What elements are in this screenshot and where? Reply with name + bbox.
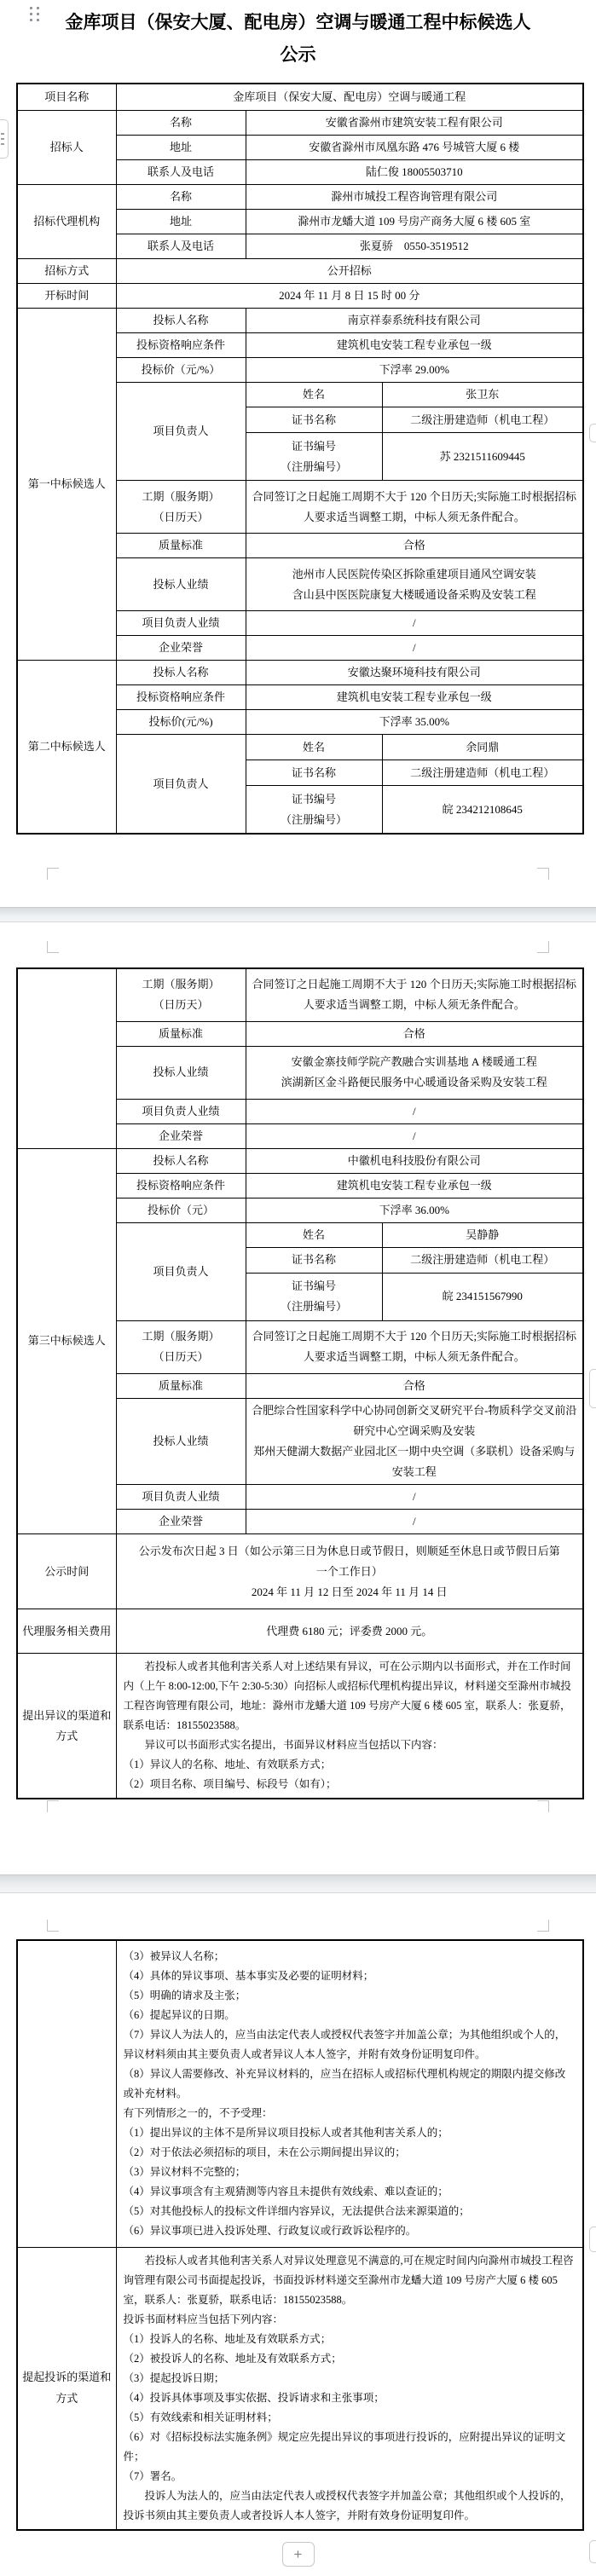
field-label-cell: 证书编号 （注册编号） [246, 1273, 382, 1320]
field-label-cell: 第三中标候选人 [17, 1148, 116, 1534]
page-separator [0, 907, 596, 922]
field-value-cell: 公开招标 [116, 258, 583, 283]
field-value-cell: 安徽省滁州市凤凰东路 476 号城管大厦 6 楼 [246, 135, 583, 159]
field-value-cell: 建筑机电安装工程专业承包一级 [246, 1173, 583, 1198]
table-row: 招标方式公开招标 [17, 258, 583, 283]
field-value-cell: 滁州市城投工程咨询管理有限公司 [246, 184, 583, 209]
field-label-cell: 企业荣誉 [116, 636, 246, 661]
right-edge-float-button[interactable] [589, 2227, 596, 2252]
field-label-cell: 投标人业绩 [116, 558, 246, 611]
field-label-cell: 投标人业绩 [116, 1046, 246, 1099]
table-row: 代理服务相关费用代理费 6180 元；评委费 2000 元。 [17, 1609, 583, 1654]
field-label-cell: 企业荣誉 [116, 1510, 246, 1534]
field-label-cell: 招标代理机构 [17, 184, 116, 258]
title-line-1: 金库项目（保安大厦、配电房）空调与暖通工程中标候选人 [66, 13, 531, 32]
field-label-cell [17, 1940, 116, 2247]
field-label-cell: 提起投诉的渠道和方式 [17, 2247, 116, 2530]
field-label-cell: 招标方式 [17, 258, 116, 283]
field-label-cell: 代理服务相关费用 [17, 1609, 116, 1654]
paragraph-cell: （3）被异议人名称； （4）具体的异议事项、基本事实及必要的证明材料； （5）明… [116, 1940, 583, 2247]
right-edge-float-button[interactable] [589, 424, 596, 442]
announcement-table-page-3: （3）被异议人名称； （4）具体的异议事项、基本事实及必要的证明材料； （5）明… [16, 1939, 584, 2531]
text-boundary-corner-mark [47, 1920, 59, 1932]
field-label-cell: 工期（服务期） （日历天） [116, 968, 246, 1021]
field-label-cell: 企业荣誉 [116, 1123, 246, 1148]
field-value-cell: / [246, 636, 583, 661]
field-value-cell: 合同签订之日起施工周期不大于 120 个日历天;实际施工时根据招标人要求适当调整… [246, 481, 583, 534]
field-value-cell: 南京祥泰系统科技有限公司 [246, 308, 583, 332]
text-boundary-corner-mark [537, 1800, 549, 1812]
field-value-cell: / [246, 1485, 583, 1510]
field-label-cell: 投标资格响应条件 [116, 1173, 246, 1198]
field-label-cell: 证书名称 [246, 1247, 382, 1273]
field-value-cell: 余同鼎 [382, 735, 583, 760]
paragraph-cell: 若投标人或者其他利害关系人对上述结果有异议，可在公示期内以书面形式，并在工作时间… [116, 1654, 583, 1799]
field-label-cell [17, 968, 116, 1148]
field-label-cell: 第一中标候选人 [17, 308, 116, 660]
field-label-cell: 证书名称 [246, 407, 382, 433]
field-value-cell: 合肥综合性国家科学中心协同创新交叉研究平台-物质科学交叉前沿研究中心空调采购及安… [246, 1398, 583, 1484]
table-row: 项目名称金库项目（保安大厦、配电房）空调与暖通工程 [17, 84, 583, 110]
field-label-cell: 公示时间 [17, 1534, 116, 1609]
text-boundary-corner-mark [537, 1920, 549, 1932]
field-label-cell: 项目负责人业绩 [116, 1099, 246, 1123]
text-boundary-corner-mark [47, 868, 59, 880]
page-title: 金库项目（保安大厦、配电房）空调与暖通工程中标候选人 公示 [0, 7, 596, 72]
plus-icon: + [294, 2546, 303, 2563]
table-row: 第二中标候选人投标人名称安徽达聚环境科技有限公司 [17, 661, 583, 685]
field-value-cell: / [246, 611, 583, 636]
field-value-cell: 二级注册建造师（机电工程） [382, 407, 583, 433]
field-value-cell: 苏 2321511609445 [382, 433, 583, 481]
field-value-cell: / [246, 1123, 583, 1148]
field-label-cell: 地址 [116, 135, 246, 159]
field-value-cell: 合格 [246, 1021, 583, 1046]
field-label-cell: 项目名称 [17, 84, 116, 110]
field-label-cell: 质量标准 [116, 1373, 246, 1398]
field-label-cell: 工期（服务期） （日历天） [116, 1320, 246, 1373]
field-label-cell: 姓名 [246, 383, 382, 407]
field-label-cell: 姓名 [246, 1222, 382, 1247]
field-label-cell: 工期（服务期） （日历天） [116, 481, 246, 534]
field-label-cell: 项目负责人 [116, 383, 246, 481]
table-row: 提起投诉的渠道和方式 若投标人或者其他利害关系人对异议处理意见不满意的,可在规定… [17, 2247, 583, 2530]
field-label-cell: 证书名称 [246, 760, 382, 786]
table-row: 提出异议的渠道和方式 若投标人或者其他利害关系人对上述结果有异议，可在公示期内以… [17, 1654, 583, 1799]
field-label-cell: 证书编号 （注册编号） [246, 433, 382, 481]
text-boundary-corner-mark [537, 868, 549, 880]
paragraph-cell: 若投标人或者其他利害关系人对异议处理意见不满意的,可在规定时间内向滁州市城投工程… [116, 2247, 583, 2530]
field-value-cell: 中徽机电科技股份有限公司 [246, 1148, 583, 1173]
right-edge-float-button[interactable] [589, 2540, 596, 2563]
table-row: 第三中标候选人投标人名称中徽机电科技股份有限公司 [17, 1148, 583, 1173]
field-label-cell: 招标人 [17, 110, 116, 184]
field-value-cell: 合同签订之日起施工周期不大于 120 个日历天;实际施工时根据招标人要求适当调整… [246, 1320, 583, 1373]
field-label-cell: 投标人名称 [116, 661, 246, 685]
field-value-cell: 合同签订之日起施工周期不大于 120 个日历天;实际施工时根据招标人要求适当调整… [246, 968, 583, 1021]
field-label-cell: 项目负责人 [116, 735, 246, 834]
field-value-cell: / [246, 1510, 583, 1534]
table-row: （3）被异议人名称； （4）具体的异议事项、基本事实及必要的证明材料； （5）明… [17, 1940, 583, 2247]
page-3: （3）被异议人名称； （4）具体的异议事项、基本事实及必要的证明材料； （5）明… [0, 1893, 596, 2576]
field-label-cell: 项目负责人业绩 [116, 611, 246, 636]
field-label-cell: 地址 [116, 209, 246, 234]
field-label-cell: 投标价(元/%) [116, 710, 246, 735]
page-separator [0, 1874, 596, 1893]
field-label-cell: 投标价（元） [116, 1198, 246, 1222]
title-line-2: 公示 [281, 45, 316, 65]
field-value-cell: 皖 234212108645 [382, 786, 583, 834]
field-value-cell: 下浮率 29.00% [246, 357, 583, 382]
field-value-cell: 滁州市龙蟠大道 109 号房产商务大厦 6 楼 605 室 [246, 209, 583, 234]
field-label-cell: 投标人名称 [116, 1148, 246, 1173]
field-label-cell: 证书编号 （注册编号） [246, 786, 382, 834]
field-label-cell: 项目负责人 [116, 1222, 246, 1320]
field-value-cell: 安徽金寨技师学院产教融合实训基地 A 楼暖通工程 滨湖新区金斗路便民服务中心暖通… [246, 1046, 583, 1099]
left-margin-handle-button[interactable] [0, 119, 9, 159]
field-value-cell: 下浮率 35.00% [246, 710, 583, 735]
field-label-cell: 质量标准 [116, 534, 246, 558]
table-row: 招标代理机构名称滁州市城投工程咨询管理有限公司 [17, 184, 583, 209]
field-value-cell: 二级注册建造师（机电工程） [382, 760, 583, 786]
field-value-cell: 池州市人民医院传染区拆除重建项目通风空调安装 含山县中医医院康复大楼暖通设备采购… [246, 558, 583, 611]
field-value-cell: 吴静静 [382, 1222, 583, 1247]
field-value-cell: 合格 [246, 534, 583, 558]
field-value-cell: 安徽达聚环境科技有限公司 [246, 661, 583, 685]
right-edge-float-button[interactable] [589, 1369, 596, 1408]
field-value-cell: 代理费 6180 元；评委费 2000 元。 [116, 1609, 583, 1654]
field-label-cell: 开标时间 [17, 283, 116, 308]
add-page-button[interactable]: + [282, 2542, 315, 2567]
field-label-cell: 投标资格响应条件 [116, 685, 246, 710]
table-row: 公示时间公示发布次日起 3 日（如公示第三日为休息日或节假日，则顺延至休息日或节… [17, 1534, 583, 1609]
field-value-cell: 2024 年 11 月 8 日 15 时 00 分 [116, 283, 583, 308]
field-value-cell: 金库项目（保安大厦、配电房）空调与暖通工程 [116, 84, 583, 110]
field-label-cell: 姓名 [246, 735, 382, 760]
field-label-cell: 质量标准 [116, 1021, 246, 1046]
field-value-cell: 二级注册建造师（机电工程） [382, 1247, 583, 1273]
field-value-cell: 建筑机电安装工程专业承包一级 [246, 685, 583, 710]
field-label-cell: 提出异议的渠道和方式 [17, 1654, 116, 1799]
field-label-cell: 投标人业绩 [116, 1398, 246, 1484]
field-label-cell: 联系人及电话 [116, 234, 246, 258]
field-value-cell: 合格 [246, 1373, 583, 1398]
announcement-table-page-1: 项目名称金库项目（保安大厦、配电房）空调与暖通工程招标人名称安徽省滁州市建筑安装… [16, 83, 584, 835]
field-value-cell: 建筑机电安装工程专业承包一级 [246, 332, 583, 357]
page-2: 工期（服务期） （日历天）合同签订之日起施工周期不大于 120 个日历天;实际施… [0, 922, 596, 1874]
field-label-cell: 名称 [116, 110, 246, 135]
field-label-cell: 第二中标候选人 [17, 661, 116, 834]
table-row: 开标时间2024 年 11 月 8 日 15 时 00 分 [17, 283, 583, 308]
field-value-cell: 张夏骄 0550-3519512 [246, 234, 583, 258]
table-row: 工期（服务期） （日历天）合同签订之日起施工周期不大于 120 个日历天;实际施… [17, 968, 583, 1021]
field-value-cell: / [246, 1099, 583, 1123]
table-row: 招标人名称安徽省滁州市建筑安装工程有限公司 [17, 110, 583, 135]
field-value-cell: 张卫东 [382, 383, 583, 407]
field-label-cell: 项目负责人业绩 [116, 1485, 246, 1510]
field-label-cell: 联系人及电话 [116, 159, 246, 184]
announcement-table-page-2: 工期（服务期） （日历天）合同签订之日起施工周期不大于 120 个日历天;实际施… [16, 967, 584, 1799]
field-label-cell: 名称 [116, 184, 246, 209]
field-value-cell: 陆仁俊 18005503710 [246, 159, 583, 184]
field-label-cell: 投标价（元/%） [116, 357, 246, 382]
text-boundary-corner-mark [47, 1800, 59, 1812]
table-row: 第一中标候选人投标人名称南京祥泰系统科技有限公司 [17, 308, 583, 332]
field-label-cell: 投标资格响应条件 [116, 332, 246, 357]
text-boundary-corner-mark [47, 941, 59, 953]
page-1: 金库项目（保安大厦、配电房）空调与暖通工程中标候选人 公示 项目名称金库项目（保… [0, 0, 596, 907]
field-value-cell: 下浮率 36.00% [246, 1198, 583, 1222]
field-value-cell: 公示发布次日起 3 日（如公示第三日为休息日或节假日，则顺延至休息日或节假日后第… [116, 1534, 583, 1609]
field-value-cell: 皖 234151567990 [382, 1273, 583, 1320]
field-value-cell: 安徽省滁州市建筑安装工程有限公司 [246, 110, 583, 135]
field-label-cell: 投标人名称 [116, 308, 246, 332]
text-boundary-corner-mark [537, 941, 549, 953]
document-canvas: 金库项目（保安大厦、配电房）空调与暖通工程中标候选人 公示 项目名称金库项目（保… [0, 0, 596, 2576]
